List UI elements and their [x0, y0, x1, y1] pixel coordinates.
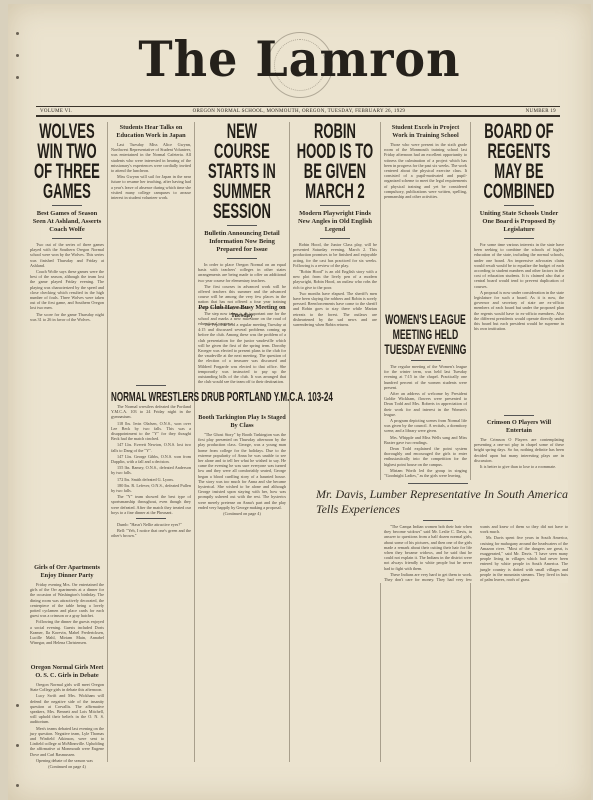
divider: [411, 360, 441, 361]
paragraph: The Normal wrestlers defeated the Portla…: [111, 404, 191, 420]
paragraph: Robin Hood, the Junior Class play, will …: [293, 242, 377, 268]
volume: VOLUME VI.: [40, 109, 72, 114]
article-pep: Pep Club Have Busy Meeting on Tuesday Th…: [198, 302, 286, 385]
paragraph: Dumb: "Hasn't Nellie attractive eyes?": [111, 522, 191, 527]
divider: [52, 205, 82, 206]
headline: Pep Club Have Busy Meeting on Tuesday: [198, 304, 286, 319]
paragraph: Following the dinner the guests enjoyed …: [30, 619, 104, 645]
divider: [320, 238, 350, 239]
column-5: Student Excels in Project Work in Traini…: [384, 122, 467, 200]
column-6: BOARD OF REGENTS MAY BE COMBINED Uniting…: [474, 122, 564, 332]
paragraph: Coach Wolfe says these games were the be…: [30, 269, 104, 311]
column-rule: [194, 122, 195, 762]
headline: Student Excels in Project Work in Traini…: [384, 124, 467, 139]
paragraph: Men's teams debated last evening on the …: [30, 726, 104, 757]
article-crimson: Crimson O Players Will Entertain The Cri…: [474, 412, 564, 470]
paragraph: Those who were present in the sixth grad…: [384, 142, 467, 199]
deck: Uniting State Schools Under One Board is…: [476, 210, 562, 234]
paragraph: Mrs. Whipple and Miss Wells sang and Mis…: [384, 435, 467, 445]
paragraph: Two out of the series of three games pla…: [30, 242, 104, 268]
article-regents: BOARD OF REGENTS MAY BE COMBINED Uniting…: [474, 122, 564, 331]
paragraph: Opening debate of the season was: [30, 758, 104, 763]
paragraph: "Robin Hood" is an old English story wit…: [293, 269, 377, 290]
article-wolves: WOLVES WIN TWO OF THREE GAMES Best Games…: [30, 122, 104, 322]
continued-note: (Continued on page 4): [198, 511, 286, 516]
divider: [227, 258, 257, 259]
headline: ROBIN HOOD IS TO BE GIVEN MARCH 2: [293, 122, 377, 202]
paragraph: Miss Gwynn will sail for Japan in the ne…: [111, 174, 191, 200]
paragraph: The Crimson O Players are contemplating …: [474, 437, 564, 463]
paragraph: Two months have elapsed. The sheriff's m…: [293, 291, 377, 327]
issue-number: NUMBER 19: [526, 109, 556, 114]
divider: [504, 238, 534, 239]
headline: Students Hear Talks on Education Work in…: [111, 124, 191, 139]
article-orr: Girls of Orr Apartments Enjoy Dinner Par…: [30, 562, 104, 646]
paragraph: The "Y" team showed the best type of spo…: [111, 494, 191, 515]
article-japan: Students Hear Talks on Education Work in…: [111, 124, 191, 200]
dateline: OREGON NORMAL SCHOOL, MONMOUTH, OREGON, …: [193, 109, 406, 114]
divider: [136, 385, 166, 386]
column-rule: [470, 122, 471, 762]
divider: [504, 205, 534, 206]
dateline-bar: VOLUME VI. OREGON NORMAL SCHOOL, MONMOUT…: [36, 106, 560, 117]
article-tarkington: Booth Tarkington Play Is Staged By Class…: [198, 412, 286, 516]
article-summer: NEW COURSE STARTS IN SUMMER SESSION Bull…: [198, 122, 286, 326]
column-rule: [380, 122, 381, 762]
deck: Best Games of Season Seen At Ashland, As…: [32, 210, 102, 234]
column-rule: [107, 122, 108, 762]
paragraph: "The Campa Indian women bob their hair w…: [384, 524, 472, 571]
headline: NORMAL WRESTLERS DRUB PORTLAND Y.M.C.A. …: [111, 389, 191, 404]
headline: Crimson O Players Will Entertain: [474, 419, 564, 434]
article-robinhood: ROBIN HOOD IS TO BE GIVEN MARCH 2 Modern…: [293, 122, 377, 327]
paragraph: Friday evening Mrs. Orr entertained the …: [30, 582, 104, 618]
headline: Mr. Davis, Lumber Representative In Sout…: [308, 487, 568, 517]
masthead: The Lamron: [8, 32, 591, 86]
paragraph: "The Ghost Story" by Booth Tarkington wa…: [198, 432, 286, 510]
deck: Modern Playwright Finds New Angles in Ol…: [295, 210, 375, 234]
column-3: NEW COURSE STARTS IN SUMMER SESSION Bull…: [198, 122, 286, 327]
divider: [423, 520, 453, 521]
column-2: Students Hear Talks on Education Work in…: [111, 122, 191, 201]
article-training: Student Excels in Project Work in Traini…: [384, 124, 467, 199]
paragraph: Miriam Worth led the group in singing "G…: [384, 468, 467, 478]
divider: [320, 205, 350, 206]
davis-body: "The Campa Indian women bob their hair w…: [308, 524, 568, 583]
newspaper-page: The Lamron VOLUME VI. OREGON NORMAL SCHO…: [8, 4, 591, 800]
paragraph: 147 Lbs. George Gibbs, O.N.S. won from D…: [111, 454, 191, 464]
article-wrestlers: NORMAL WRESTLERS DRUB PORTLAND Y.M.C.A. …: [111, 382, 191, 540]
divider: [504, 415, 534, 416]
article-womens: WOMEN'S LEAGUE MEETING HELD TUESDAY EVEN…: [384, 312, 467, 479]
paragraph: Lucy Swift and Mrs. Wickham will defend …: [30, 693, 104, 724]
paragraph: It is better to give than to lose to a r…: [474, 464, 564, 469]
headline: NEW COURSE STARTS IN SUMMER SESSION: [198, 122, 286, 222]
paragraph: Oregon Normal girls will meet Oregon Sta…: [30, 682, 104, 692]
paragraph: A proposal is now under consideration in…: [474, 290, 564, 332]
paragraph: 118 lbs. Irvin Olafsen, O.N.S., won over…: [111, 421, 191, 442]
headline: WOLVES WIN TWO OF THREE GAMES: [30, 122, 104, 202]
divider: [136, 518, 166, 519]
column-1: WOLVES WIN TWO OF THREE GAMES Best Games…: [30, 122, 104, 323]
paragraph: Mr. Davis spent five years in South Amer…: [480, 535, 568, 582]
headline: Oregon Normal Girls Meet O. S. C. Girls …: [30, 664, 104, 679]
headline: Girls of Orr Apartments Enjoy Dinner Par…: [30, 564, 104, 579]
paragraph: 180 lbs. R. Lefever, O.N.S., defeated Pu…: [111, 483, 191, 493]
newspaper-title: The Lamron: [138, 31, 460, 88]
divider: [408, 483, 468, 484]
paragraph: Dean Todd explained the point system tho…: [384, 446, 467, 467]
paragraph: After an address of welcome by President…: [384, 391, 467, 417]
divider: [52, 238, 82, 239]
headline: Booth Tarkington Play Is Staged By Class: [198, 414, 286, 429]
paragraph: 155 lbs. Ramey, O.N.S., defeated Anderso…: [111, 465, 191, 475]
paragraph: 172 lbs. Smith defeated G. Lyons.: [111, 477, 191, 482]
divider: [227, 225, 257, 226]
paragraph: The Pep club held a regular meeting Tues…: [198, 322, 286, 384]
column-4: ROBIN HOOD IS TO BE GIVEN MARCH 2 Modern…: [293, 122, 377, 328]
paragraph: The regular meeting of the Women's leagu…: [384, 364, 467, 390]
paragraph: In order to place Oregon Normal on an eq…: [198, 262, 286, 283]
paragraph: 147 Lbs. Everett Newton, O.N.S. lost two…: [111, 442, 191, 452]
paragraph: Bell: "Yeh, I notice that one's green an…: [111, 528, 191, 538]
continued-note: (Continued on page 4): [30, 764, 104, 769]
paragraph: Last Tuesday Miss Alice Gwynn, Northwest…: [111, 142, 191, 173]
headline: WOMEN'S LEAGUE MEETING HELD TUESDAY EVEN…: [384, 312, 467, 357]
paragraph: The score for the game Thursday night wa…: [30, 312, 104, 322]
article-debate: Oregon Normal Girls Meet O. S. C. Girls …: [30, 662, 104, 769]
paragraph: For some time various interests in the s…: [474, 242, 564, 289]
paragraph: A program depicting scenes from Normal l…: [384, 418, 467, 434]
column-rule: [289, 122, 290, 762]
deck: Bulletin Announcing Detail Information N…: [200, 230, 284, 254]
headline: BOARD OF REGENTS MAY BE COMBINED: [474, 122, 564, 202]
article-davis: Mr. Davis, Lumber Representative In Sout…: [308, 480, 568, 583]
